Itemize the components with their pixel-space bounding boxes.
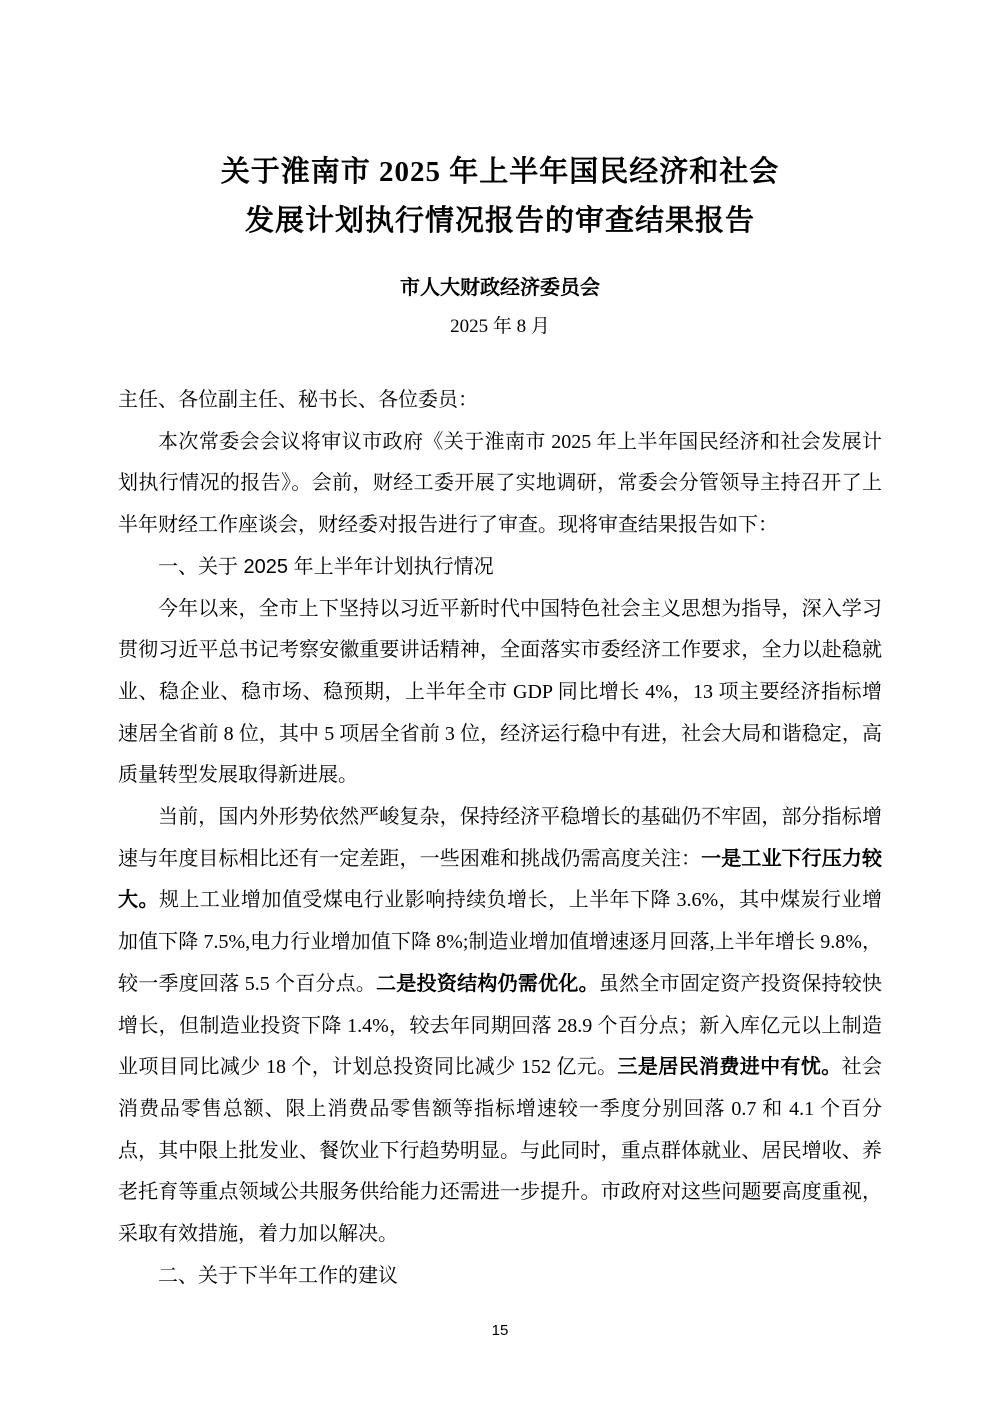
emphasis-run: 三是居民消费进中有忧。 bbox=[617, 1056, 841, 1078]
salutation: 主任、各位副主任、秘书长、各位委员： bbox=[118, 380, 882, 422]
document-body: 主任、各位副主任、秘书长、各位委员：本次常委会会议将审议市政府《关于淮南市 20… bbox=[118, 380, 882, 1297]
text-run: 二、关于下半年工作的建议 bbox=[158, 1265, 398, 1287]
text-run: 社会消费品零售总额、限上消费品零售额等指标增速较一季度分别回落 0.7 和 4.… bbox=[118, 1056, 882, 1245]
text-run: 主任、各位副主任、秘书长、各位委员： bbox=[118, 389, 478, 411]
emphasis-run: 二是投资结构仍需优化。 bbox=[376, 973, 599, 995]
document-title-line-2: 发展计划执行情况报告的审查结果报告 bbox=[0, 197, 1000, 246]
document-title-line-1: 关于淮南市 2025 年上半年国民经济和社会 bbox=[0, 148, 1000, 197]
paragraph: 当前，国内外形势依然严峻复杂，保持经济平稳增长的基础仍不牢固，部分指标增速与年度… bbox=[118, 797, 882, 1256]
text-run: 一、关于 2025 年上半年计划执行情况 bbox=[158, 556, 494, 578]
text-run: 今年以来，全市上下坚持以习近平新时代中国特色社会主义思想为指导，深入学习贯彻习近… bbox=[118, 598, 882, 787]
text-run: 本次常委会会议将审议市政府《关于淮南市 2025 年上半年国民经济和社会发展计划… bbox=[118, 431, 882, 536]
document-date: 2025 年 8 月 bbox=[0, 312, 1000, 342]
paragraph: 今年以来，全市上下坚持以习近平新时代中国特色社会主义思想为指导，深入学习贯彻习近… bbox=[118, 589, 882, 798]
document-page: 关于淮南市 2025 年上半年国民经济和社会 发展计划执行情况报告的审查结果报告… bbox=[0, 0, 1000, 1415]
page-number: 15 bbox=[0, 1322, 1000, 1339]
document-author: 市人大财政经济委员会 bbox=[0, 272, 1000, 304]
document-title: 关于淮南市 2025 年上半年国民经济和社会 发展计划执行情况报告的审查结果报告 bbox=[0, 148, 1000, 246]
paragraph: 本次常委会会议将审议市政府《关于淮南市 2025 年上半年国民经济和社会发展计划… bbox=[118, 422, 882, 547]
section-heading: 一、关于 2025 年上半年计划执行情况 bbox=[118, 547, 882, 589]
section-heading: 二、关于下半年工作的建议 bbox=[118, 1256, 882, 1298]
